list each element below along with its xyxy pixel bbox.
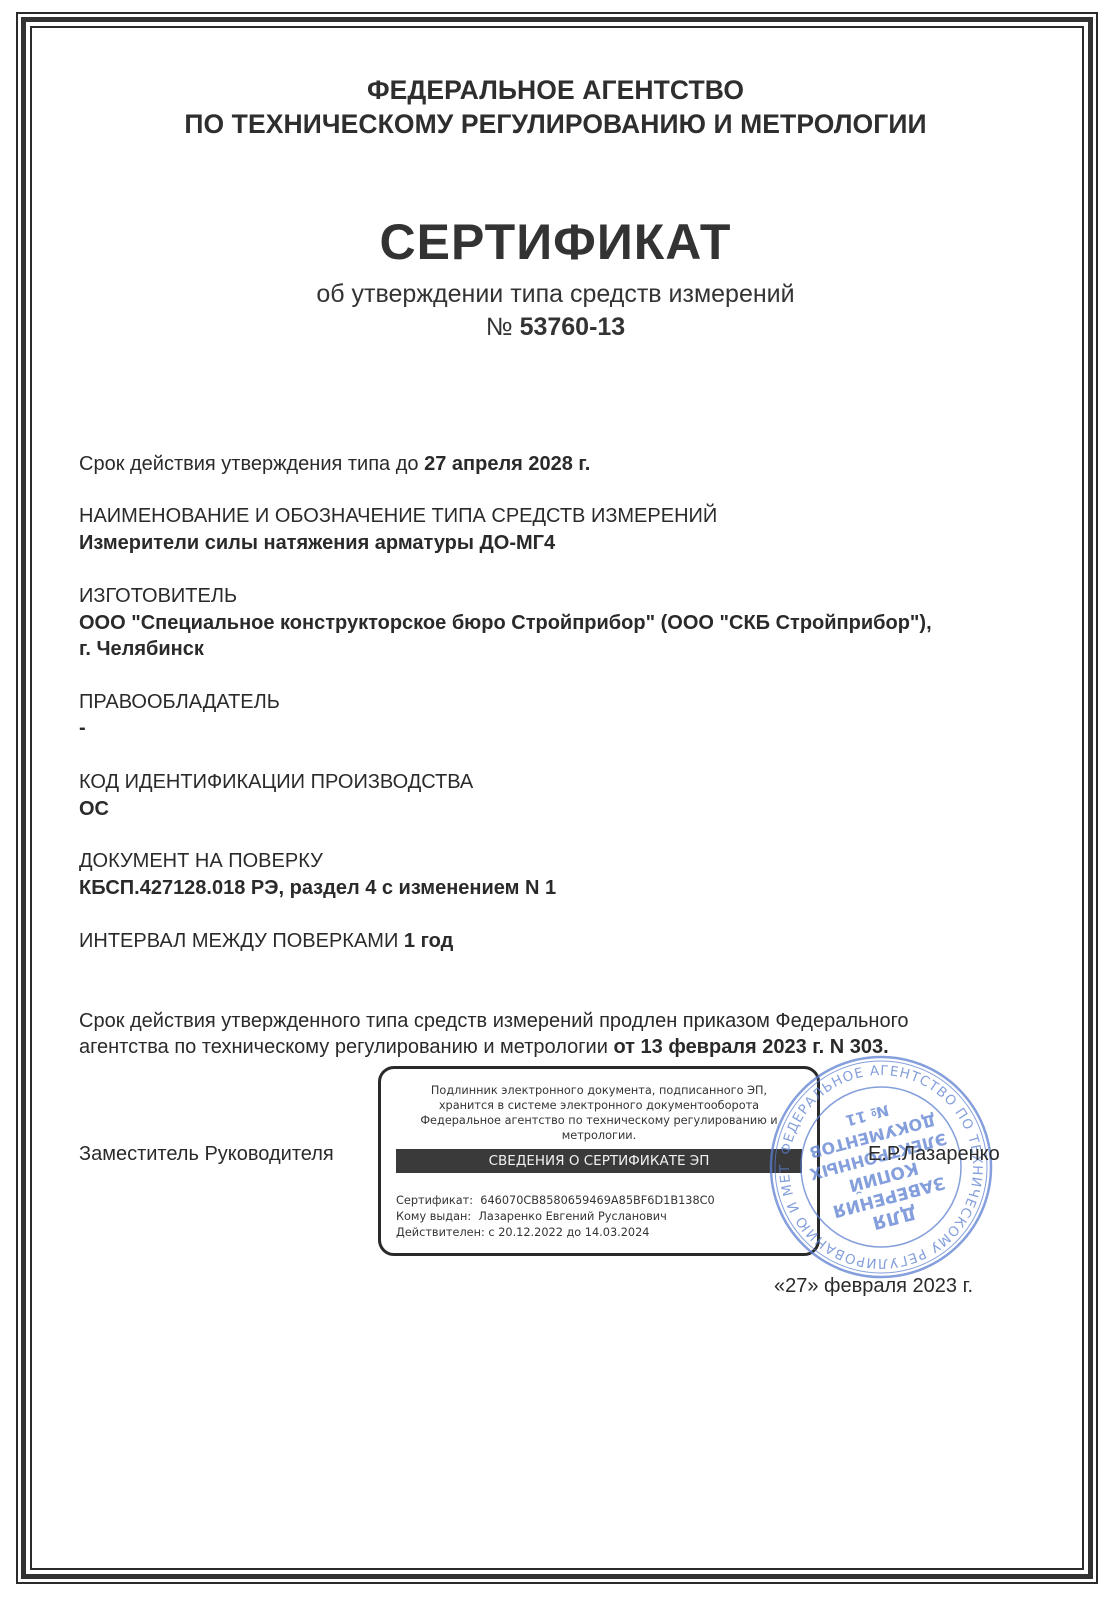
esig-valid-value: с 20.12.2022 до 14.03.2024 (488, 1226, 649, 1239)
agency-name-line2: ПО ТЕХНИЧЕСКОМУ РЕГУЛИРОВАНИЮ И МЕТРОЛОГ… (0, 108, 1111, 140)
validity-date: 27 апреля 2028 г. (424, 453, 590, 475)
esig-certificate-row: Сертификат: 646070CB8580659469A85BF6D1B1… (396, 1193, 715, 1209)
electronic-signature-box: Подлинник электронного документа, подпис… (378, 1066, 820, 1256)
esig-note-line: Подлинник электронного документа, подпис… (381, 1083, 817, 1098)
esig-title-bar: СВЕДЕНИЯ О СЕРТИФИКАТЕ ЭП (396, 1149, 802, 1173)
section-value-type-name: Измерители силы натяжения арматуры ДО-МГ… (79, 530, 555, 556)
agency-name-line1: ФЕДЕРАЛЬНОЕ АГЕНТСТВО (0, 74, 1111, 106)
official-seal-icon: ФЕДЕРАЛЬНОЕ АГЕНТСТВО ПО ТЕХНИЧЕСКОМУ РЕ… (766, 1052, 996, 1282)
extension-line1: Срок действия утвержденного типа средств… (79, 1008, 1015, 1034)
esig-note-line: хранится в системе электронного документ… (381, 1098, 817, 1113)
esig-valid-label: Действителен: (396, 1226, 485, 1239)
esig-issued-row: Кому выдан: Лазаренко Евгений Русланович (396, 1209, 715, 1225)
section-value-production-code: ОС (79, 796, 109, 822)
section-value-rightholder: - (79, 715, 86, 741)
signatory-name: Е.Р.Лазаренко (868, 1141, 1000, 1167)
esig-certificate-label: Сертификат: (396, 1194, 473, 1207)
section-label-verification-doc: ДОКУМЕНТ НА ПОВЕРКУ (79, 848, 323, 874)
section-value-manufacturer-city: г. Челябинск (79, 636, 204, 662)
signature-date: «27» февраля 2023 г. (774, 1273, 973, 1299)
signatory-position: Заместитель Руководителя (79, 1141, 334, 1167)
interval-label: ИНТЕРВАЛ МЕЖДУ ПОВЕРКАМИ (79, 930, 398, 952)
interval-value: 1 год (404, 930, 453, 952)
validity-line: Срок действия утверждения типа до 27 апр… (79, 451, 590, 477)
section-value-manufacturer: ООО "Специальное конструкторское бюро Ст… (79, 610, 932, 636)
validity-label: Срок действия утверждения типа до (79, 453, 419, 475)
section-label-manufacturer: ИЗГОТОВИТЕЛЬ (79, 583, 237, 609)
section-label-type-name: НАИМЕНОВАНИЕ И ОБОЗНАЧЕНИЕ ТИПА СРЕДСТВ … (79, 503, 717, 529)
certificate-title: СЕРТИФИКАТ (0, 214, 1111, 270)
extension-plain: агентства по техническому регулированию … (79, 1036, 608, 1058)
section-label-production-code: КОД ИДЕНТИФИКАЦИИ ПРОИЗВОДСТВА (79, 769, 473, 795)
number-sign: № (486, 313, 513, 341)
esig-certificate-value: 646070CB8580659469A85BF6D1B138C0 (480, 1194, 714, 1207)
esig-note-line: Федеральное агентство по техническому ре… (381, 1113, 817, 1128)
esig-note: Подлинник электронного документа, подпис… (381, 1083, 817, 1143)
certificate-subtitle: об утверждении типа средств измерений (0, 279, 1111, 309)
esig-valid-row: Действителен: с 20.12.2022 до 14.03.2024 (396, 1225, 715, 1241)
certificate-number: № 53760-13 (0, 312, 1111, 342)
number-value: 53760-13 (520, 313, 626, 341)
esig-note-line: метрологии. (381, 1128, 817, 1143)
interval-line: ИНТЕРВАЛ МЕЖДУ ПОВЕРКАМИ 1 год (79, 928, 453, 954)
esig-issued-label: Кому выдан: (396, 1210, 471, 1223)
section-label-rightholder: ПРАВООБЛАДАТЕЛЬ (79, 689, 280, 715)
esig-details: Сертификат: 646070CB8580659469A85BF6D1B1… (396, 1193, 715, 1241)
section-value-verification-doc: КБСП.427128.018 РЭ, раздел 4 с изменение… (79, 875, 556, 901)
esig-issued-value: Лазаренко Евгений Русланович (478, 1210, 666, 1223)
